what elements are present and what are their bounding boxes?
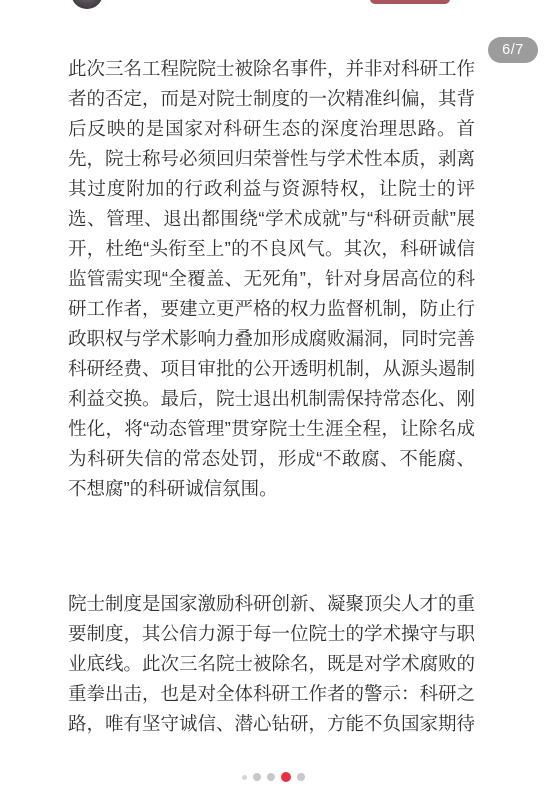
post-paragraph: 院士制度是国家激励科研创新、凝聚顶尖人才的重要制度，其公信力源于每一位院士的学术… <box>68 589 475 739</box>
post-page: 6/7 此次三名工程院院士被除名事件，并非对科研工作者的否定，而是对院士制度的一… <box>0 0 546 800</box>
pagination-dot <box>267 773 275 781</box>
pagination-dot <box>297 773 305 781</box>
pagination-dots <box>0 770 546 784</box>
post-paragraph: 此次三名工程院院士被除名事件，并非对科研工作者的否定，而是对院士制度的一次精准纠… <box>68 54 475 504</box>
pagination-dot <box>253 773 261 781</box>
post-text-carousel[interactable]: 此次三名工程院院士被除名事件，并非对科研工作者的否定，而是对院士制度的一次精准纠… <box>0 0 546 739</box>
pagination-dot <box>242 775 247 780</box>
pagination-dot-active <box>281 772 291 782</box>
